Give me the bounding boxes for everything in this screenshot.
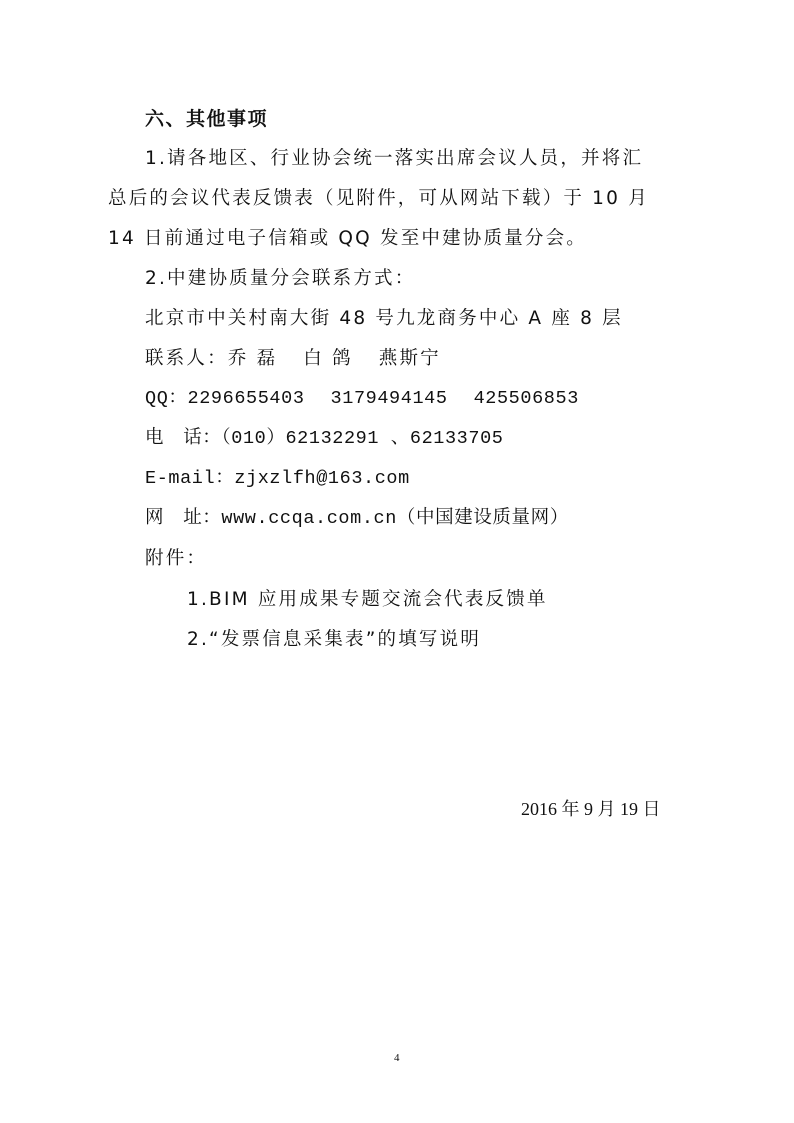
- document-page: 六、其他事项 1.请各地区、行业协会统一落实出席会议人员，并将汇 总后的会议代表…: [0, 0, 794, 1123]
- address: 北京市中关村南大街 48 号九龙商务中心 A 座 8 层: [145, 307, 623, 331]
- item1-line2: 总后的会议代表反馈表（见附件，可从网站下载）于 10 月: [108, 187, 649, 211]
- item1-line3: 14 日前通过电子信箱或 QQ 发至中建协质量分会。: [108, 227, 587, 251]
- phone-value: （010）62132291 、62133705: [221, 428, 503, 449]
- contact-name: 乔 磊: [228, 348, 277, 369]
- website-row: 网 址：www.ccqa.com.cn（中国建设质量网）: [145, 507, 569, 531]
- phone-row: 电 话：（010）62132291 、62133705: [145, 427, 504, 451]
- email-label: E-mail：: [145, 468, 234, 489]
- document-date: 2016 年 9 月 19 日: [521, 797, 661, 821]
- qq-number: 2296655403: [188, 388, 305, 409]
- attachments-label: 附件：: [145, 547, 207, 571]
- contacts-label: 联系人：: [145, 348, 228, 369]
- attachment-item: 2.“发票信息采集表”的填写说明: [187, 628, 481, 652]
- attachment-item: 1.BIM 应用成果专题交流会代表反馈单: [187, 588, 548, 612]
- qq-number: 425506853: [474, 388, 579, 409]
- website-value: www.ccqa.com.cn（中国建设质量网）: [221, 508, 568, 529]
- email-value: zjxzlfh@163.com: [234, 468, 410, 489]
- section-heading: 六、其他事项: [145, 107, 268, 131]
- qq-label: QQ：: [145, 388, 188, 409]
- contacts-row: 联系人：乔 磊白 鸽燕斯宁: [145, 347, 441, 371]
- email-row: E-mail：zjxzlfh@163.com: [145, 467, 410, 491]
- website-label: 网 址：: [145, 508, 221, 529]
- contact-name: 白 鸽: [303, 348, 352, 369]
- contact-title: 2.中建协质量分会联系方式：: [145, 267, 415, 291]
- phone-label: 电 话：: [145, 428, 221, 449]
- qq-row: QQ：22966554033179494145425506853: [145, 387, 579, 411]
- qq-number: 3179494145: [331, 388, 448, 409]
- page-number: 4: [394, 1052, 400, 1064]
- contact-name: 燕斯宁: [379, 348, 441, 369]
- item1-line1: 1.请各地区、行业协会统一落实出席会议人员，并将汇: [145, 147, 643, 171]
